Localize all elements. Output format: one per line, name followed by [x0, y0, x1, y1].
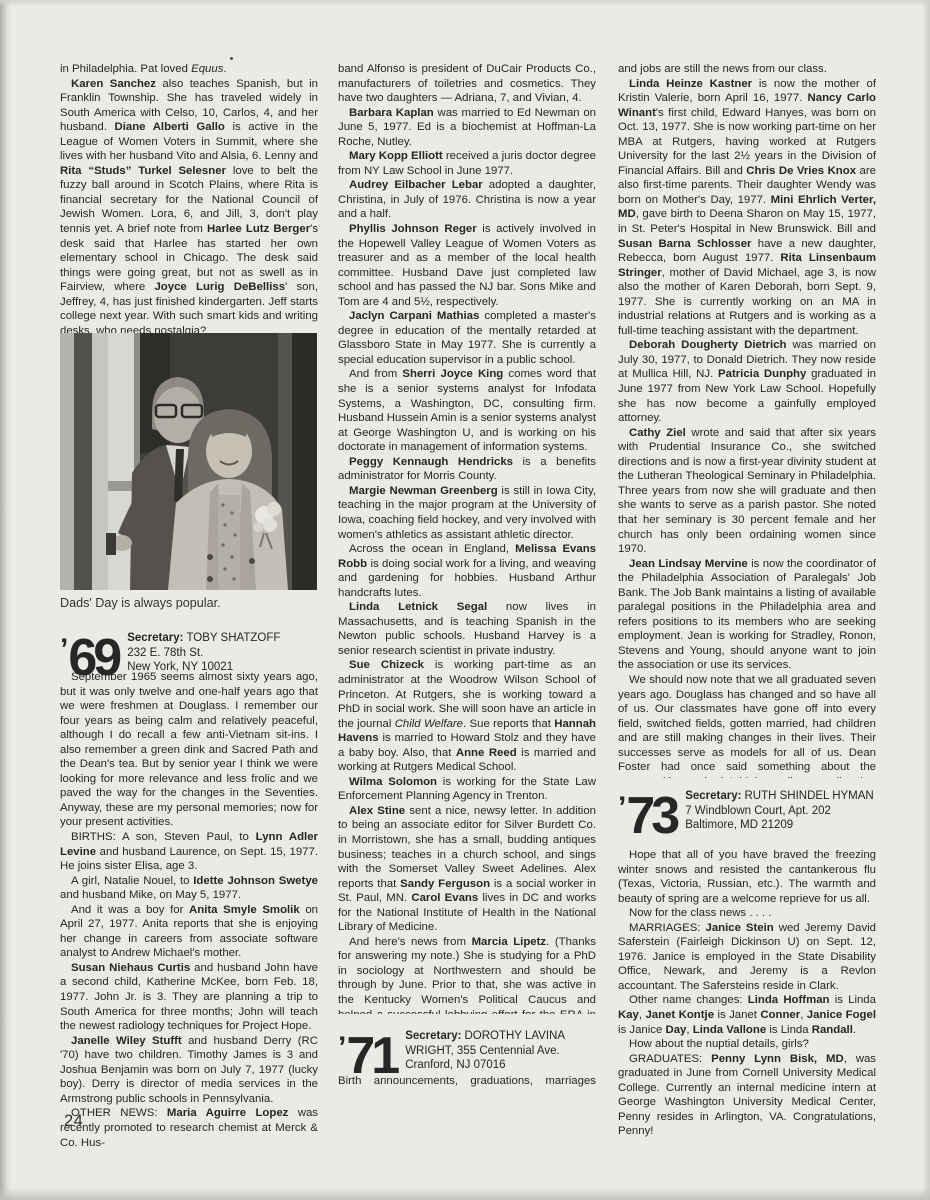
secretary-address1: WRIGHT, 355 Centennial Ave. — [405, 1044, 565, 1059]
section-header-73: ’73 Secretary:RUTH SHINDEL HYMAN 7 Windb… — [618, 786, 874, 838]
paragraph: and jobs are still the news from our cla… — [618, 62, 876, 77]
paragraph: Linda Letnick Segal now lives in Massach… — [338, 600, 596, 658]
paragraph: Jaclyn Carpani Mathias completed a maste… — [338, 309, 596, 367]
paragraph: Now for the class news . . . . — [618, 906, 876, 921]
paragraph: Hope that all of you have braved the fre… — [618, 848, 876, 906]
page-edge-left — [0, 0, 11, 1200]
paragraph: band Alfonso is president of DuCair Prod… — [338, 62, 596, 106]
page-edge-right — [922, 0, 930, 1200]
page-number: 24 — [64, 1112, 83, 1131]
secretary-name: TOBY SHATZOFF — [186, 632, 280, 644]
paragraph: September 1965 seems almost sixty years … — [60, 670, 318, 830]
secretary-name: RUTH SHINDEL HYMAN — [744, 790, 873, 802]
column1-bottom-text: September 1965 seems almost sixty years … — [60, 670, 318, 1150]
column3-top-text: and jobs are still the news from our cla… — [618, 62, 876, 778]
paragraph: Barbara Kaplan was married to Ed Newman … — [338, 106, 596, 150]
paragraph: Across the ocean in England, Melissa Eva… — [338, 542, 596, 600]
paragraph: Deborah Dougherty Dietrich was married o… — [618, 338, 876, 425]
paragraph: BIRTHS: A son, Steven Paul, to Lynn Adle… — [60, 830, 318, 874]
dads-day-photo — [60, 333, 317, 590]
paragraph: And it was a boy for Anita Smyle Smolik … — [60, 903, 318, 961]
paragraph: Peggy Kennaugh Hendricks is a benefits a… — [338, 455, 596, 484]
column2-text: band Alfonso is president of DuCair Prod… — [338, 62, 596, 1014]
paragraph: Margie Newman Greenberg is still in Iowa… — [338, 484, 596, 542]
paragraph: Phyllis Johnson Reger is actively involv… — [338, 222, 596, 309]
paragraph: OTHER NEWS: Maria Aguirre Lopez was rece… — [60, 1106, 318, 1150]
secretary-label: Secretary: — [685, 790, 741, 802]
secretary-name: DOROTHY LAVINA — [464, 1030, 565, 1042]
secretary-address1: 7 Windblown Court, Apt. 202 — [685, 804, 874, 819]
paragraph: Wilma Solomon is working for the State L… — [338, 775, 596, 804]
paragraph: Linda Heinze Kastner is now the mother o… — [618, 77, 876, 339]
paragraph: Karen Sanchez also teaches Spanish, but … — [60, 77, 318, 334]
paragraph: in Philadelphia. Pat loved Equus. — [60, 62, 318, 77]
secretary-block-73: Secretary:RUTH SHINDEL HYMAN 7 Windblown… — [685, 786, 874, 833]
magazine-page: in Philadelphia. Pat loved Equus.Karen S… — [0, 0, 930, 1200]
paragraph: A girl, Natalie Nouel, to Idette Johnson… — [60, 874, 318, 903]
column1-top-text: in Philadelphia. Pat loved Equus.Karen S… — [60, 62, 318, 334]
column-1: in Philadelphia. Pat loved Equus.Karen S… — [60, 62, 318, 1152]
photo-illustration — [60, 333, 317, 590]
class-year-71: ’71 — [338, 1026, 396, 1078]
section-header-71: ’71 Secretary:DOROTHY LAVINA WRIGHT, 355… — [338, 1026, 565, 1078]
secretary-label: Secretary: — [127, 632, 183, 644]
paragraph: GRADUATES: Penny Lynn Bisk, MD, was grad… — [618, 1052, 876, 1139]
paragraph: Janelle Wiley Stufft and husband Derry (… — [60, 1034, 318, 1107]
paragraph: Jean Lindsay Mervine is now the coordina… — [618, 557, 876, 673]
page-edge-bottom — [0, 1188, 930, 1200]
paragraph: Audrey Eilbacher Lebar adopted a daughte… — [338, 178, 596, 222]
paragraph: How about the nuptial details, girls? — [618, 1037, 876, 1052]
secretary-address2: Baltimore, MD 21209 — [685, 818, 874, 833]
class-year-73: ’73 — [618, 786, 676, 838]
secretary-label: Secretary: — [405, 1030, 461, 1042]
secretary-block-71: Secretary:DOROTHY LAVINA WRIGHT, 355 Cen… — [405, 1026, 565, 1073]
paragraph: Alex Stine sent a nice, newsy letter. In… — [338, 804, 596, 935]
secretary-address2: Cranford, NJ 07016 — [405, 1058, 565, 1073]
print-artifact-dot — [230, 57, 233, 60]
secretary-block-69: Secretary:TOBY SHATZOFF 232 E. 78th St. … — [127, 628, 280, 675]
paragraph: MARRIAGES: Janice Stein wed Jeremy David… — [618, 921, 876, 994]
secretary-address1: 232 E. 78th St. — [127, 646, 280, 661]
paragraph: And from Sherri Joyce King comes word th… — [338, 367, 596, 454]
paragraph: Sue Chizeck is working part-time as an a… — [338, 658, 596, 774]
column-3: and jobs are still the news from our cla… — [618, 62, 876, 1152]
paragraph: And here's news from Marcia Lipetz. (Tha… — [338, 935, 596, 1014]
column3-bottom-text: Hope that all of you have braved the fre… — [618, 848, 876, 1139]
paragraph: Cathy Ziel wrote and said that after six… — [618, 426, 876, 557]
column2-closing-line: Birth announcements, graduations, marria… — [338, 1074, 596, 1089]
photo-caption: Dads' Day is always popular. — [60, 596, 221, 611]
paragraph: Mary Kopp Elliott received a juris docto… — [338, 149, 596, 178]
paragraph: Other name changes: Linda Hoffman is Lin… — [618, 993, 876, 1037]
paragraph: Susan Niehaus Curtis and husband John ha… — [60, 961, 318, 1034]
page-edge-top — [0, 0, 930, 6]
paragraph: We should now note that we all graduated… — [618, 673, 876, 778]
column-2: band Alfonso is president of DuCair Prod… — [338, 62, 596, 1152]
